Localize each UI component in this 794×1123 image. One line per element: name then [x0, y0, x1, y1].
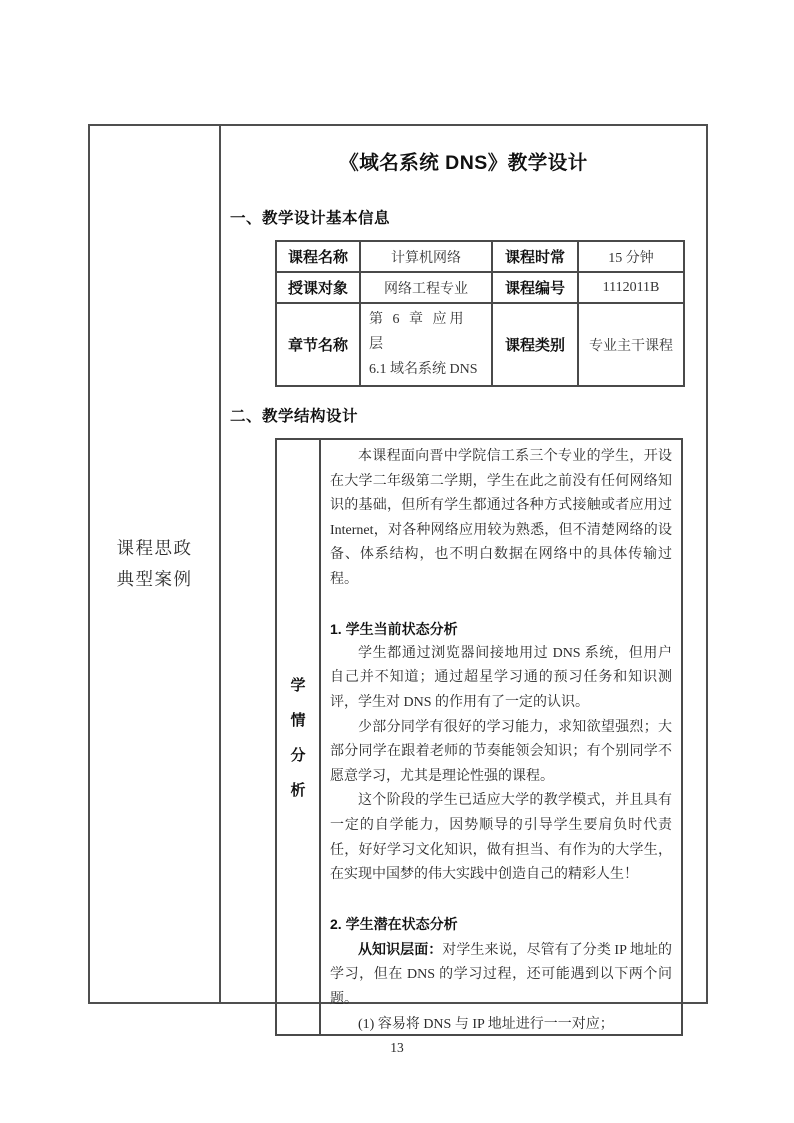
analysis-body: 本课程面向晋中学院信工系三个专业的学生，开设在大学二年级第二学期，学生在此之前没…	[321, 440, 681, 1034]
course-type-value: 专业主干课程	[578, 303, 684, 386]
case-category-line2: 典型案例	[117, 564, 193, 595]
section2-heading: 二、教学结构设计	[230, 404, 706, 426]
course-code-label: 课程编号	[492, 272, 578, 303]
analysis-intro-paragraph: 本课程面向晋中学院信工系三个专业的学生，开设在大学二年级第二学期，学生在此之前没…	[330, 445, 672, 593]
course-name-label: 课程名称	[276, 241, 360, 272]
document-title: 《域名系统 DNS》教学设计	[221, 147, 706, 175]
analysis-row-header-char: 分	[290, 744, 305, 765]
course-name-value: 计算机网络	[360, 241, 492, 272]
course-code-value: 1112011B	[578, 272, 684, 303]
spacer	[330, 888, 672, 913]
section1-heading: 一、教学设计基本信息	[230, 206, 706, 228]
basic-info-table: 课程名称 计算机网络 课程时常 15 分钟 授课对象 网络工程专业 课程编号 1…	[275, 240, 685, 387]
table-row: 课程名称 计算机网络 课程时常 15 分钟	[276, 241, 684, 272]
case-category-cell: 课程思政 典型案例	[90, 126, 221, 1002]
table-row: 授课对象 网络工程专业 课程编号 1112011B	[276, 272, 684, 303]
knowledge-level-lead: 从知识层面：	[358, 941, 442, 957]
table-row: 章节名称 第 6 章 应用层 6.1 域名系统 DNS 课程类别 专业主干课程	[276, 303, 684, 386]
analysis-paragraph: 学生都通过浏览器间接地用过 DNS 系统，但用户自己并不知道；通过超星学习通的预…	[330, 642, 672, 716]
document-page: { "page": { "footer_page_number": "13" }…	[0, 0, 794, 1123]
analysis-paragraph: 从知识层面：对学生来说，尽管有了分类 IP 地址的学习，但在 DNS 的学习过程…	[330, 937, 672, 1013]
page-number: 13	[0, 1040, 794, 1056]
analysis-heading-2: 2. 学生潜在状态分析	[330, 912, 672, 937]
case-category-line1: 课程思政	[117, 533, 193, 564]
analysis-paragraph: 少部分同学有很好的学习能力，求知欲望强烈；大部分同学在跟着老师的节奏能领会知识；…	[330, 716, 672, 790]
analysis-paragraph: 这个阶段的学生已适应大学的教学模式，并且具有一定的自学能力，因势顺导的引导学生要…	[330, 789, 672, 887]
chapter-label: 章节名称	[276, 303, 360, 386]
analysis-row-header: 学 情 分 析	[277, 440, 321, 1034]
course-type-label: 课程类别	[492, 303, 578, 386]
analysis-list-item: (1) 容易将 DNS 与 IP 地址进行一一对应；	[330, 1013, 672, 1034]
analysis-row-header-char: 学	[290, 674, 305, 695]
learning-analysis-table: 学 情 分 析 本课程面向晋中学院信工系三个专业的学生，开设在大学二年级第二学期…	[275, 438, 683, 1036]
case-outer-table: 课程思政 典型案例 《域名系统 DNS》教学设计 一、教学设计基本信息 课程名称…	[88, 124, 708, 1004]
course-duration-label: 课程时常	[492, 241, 578, 272]
case-content-cell: 《域名系统 DNS》教学设计 一、教学设计基本信息 课程名称 计算机网络 课程时…	[221, 126, 706, 1002]
chapter-value-line2: 6.1 域名系统 DNS	[369, 357, 483, 382]
analysis-heading-1: 1. 学生当前状态分析	[330, 617, 672, 642]
spacer	[330, 593, 672, 618]
analysis-row-header-char: 情	[290, 709, 305, 730]
audience-label: 授课对象	[276, 272, 360, 303]
audience-value: 网络工程专业	[360, 272, 492, 303]
chapter-value: 第 6 章 应用层 6.1 域名系统 DNS	[360, 303, 492, 386]
analysis-row-header-char: 析	[290, 779, 305, 800]
course-duration-value: 15 分钟	[578, 241, 684, 272]
chapter-value-line1: 第 6 章 应用层	[369, 307, 483, 357]
